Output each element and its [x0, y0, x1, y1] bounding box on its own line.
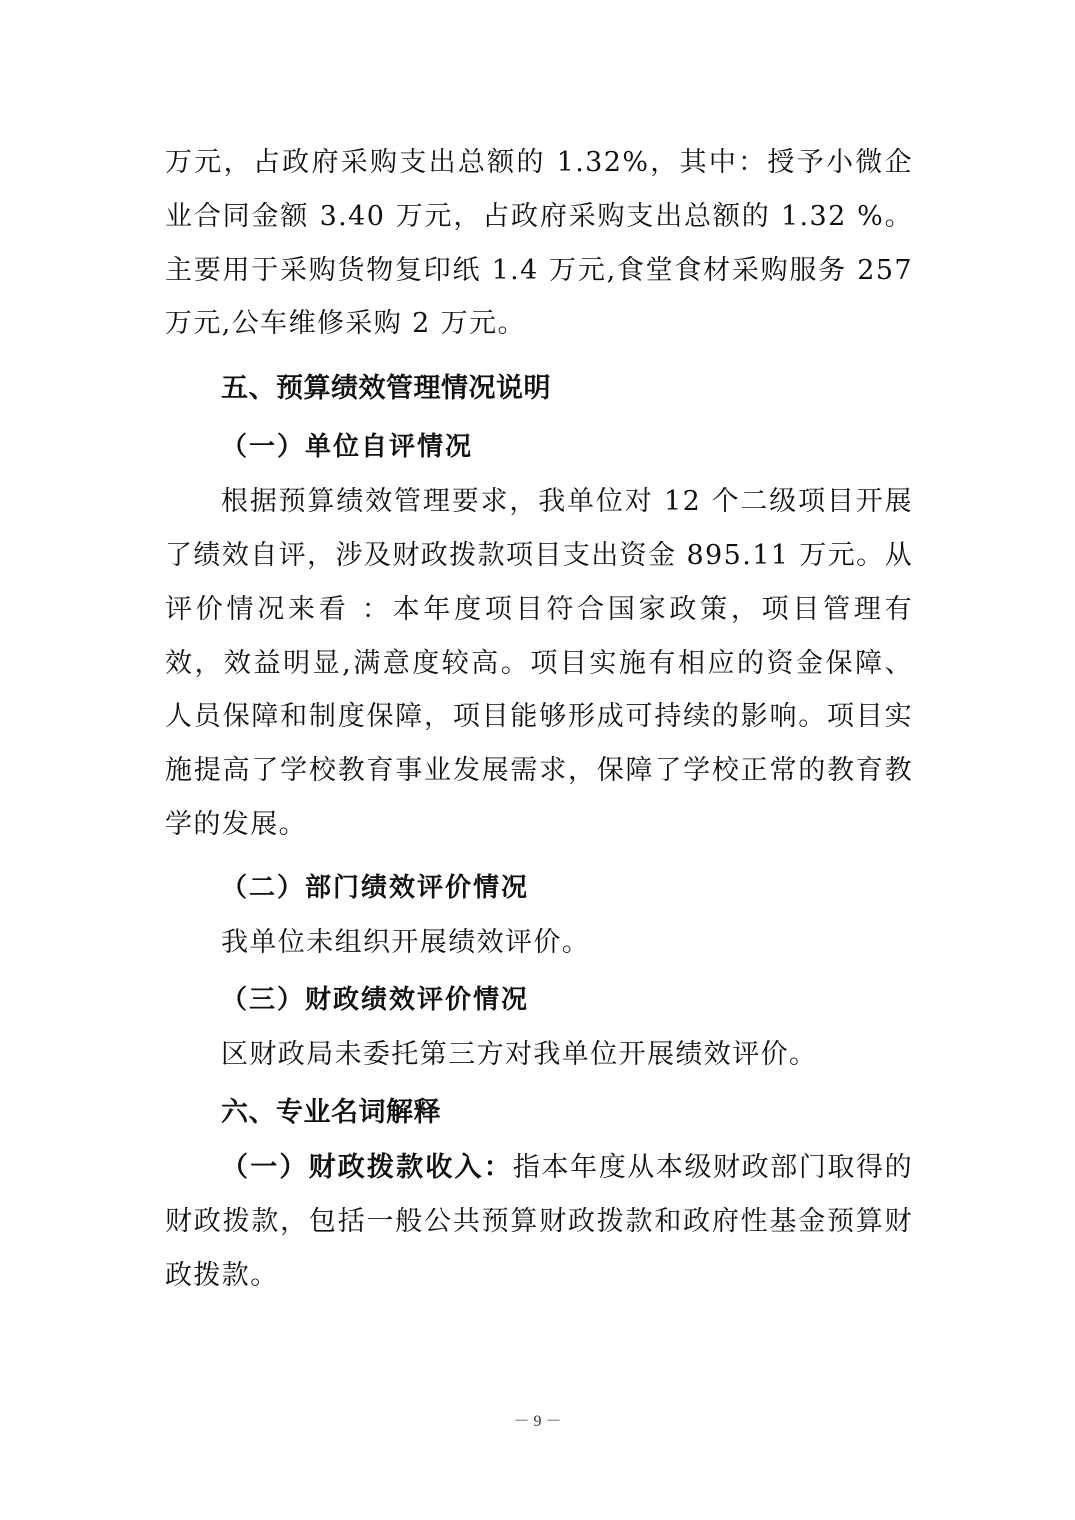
- subsection-self-evaluation-heading: （一）单位自评情况: [165, 419, 913, 475]
- term-label: （一）财政拨款收入：: [221, 1152, 513, 1183]
- document-page: 万元，占政府采购支出总额的 1.32%，其中：授予小微企业合同金额 3.40 万…: [165, 136, 913, 1303]
- page-number: － 9 －: [0, 1408, 1075, 1431]
- term-fiscal-appropriation-paragraph: （一）财政拨款收入：指本年度从本级财政部门取得的财政拨款，包括一般公共预算财政拨…: [165, 1141, 913, 1302]
- section-5-heading: 五、预算绩效管理情况说明: [165, 361, 913, 417]
- spacer: [165, 351, 913, 357]
- finance-evaluation-paragraph: 区财政局未委托第三方对我单位开展绩效评价。: [165, 1028, 913, 1082]
- section-6-heading: 六、专业名词解释: [165, 1085, 913, 1141]
- subsection-finance-evaluation-heading: （三）财政绩效评价情况: [165, 972, 913, 1028]
- procurement-paragraph: 万元，占政府采购支出总额的 1.32%，其中：授予小微企业合同金额 3.40 万…: [165, 136, 913, 351]
- department-evaluation-paragraph: 我单位未组织开展绩效评价。: [165, 916, 913, 970]
- subsection-department-evaluation-heading: （二）部门绩效评价情况: [165, 860, 913, 916]
- self-evaluation-paragraph: 根据预算绩效管理要求，我单位对 12 个二级项目开展了绩效自评，涉及财政拨款项目…: [165, 475, 913, 852]
- spacer: [165, 852, 913, 858]
